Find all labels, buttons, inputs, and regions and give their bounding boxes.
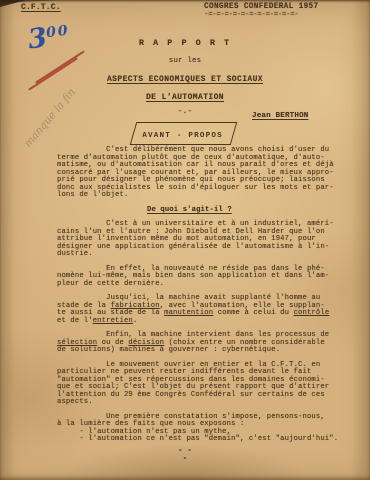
congress-title-underline: -=-=-=-=-=-=-=-=-=-=-=- bbox=[204, 11, 298, 19]
author-name: Jean BERTHON bbox=[252, 112, 308, 120]
avant-propos-label: AVANT - PROPOS bbox=[142, 132, 223, 140]
paragraph-4: Jusqu'ici, la machine avait supplanté l'… bbox=[57, 295, 361, 325]
report-subtitle: sur les bbox=[0, 57, 370, 65]
organization-label: C.F.T.C. bbox=[21, 3, 61, 12]
title-divider: -.- bbox=[0, 107, 370, 116]
report-topic-line1: ASPECTS ECONOMIQUES ET SOCIAUX bbox=[0, 75, 370, 84]
avant-propos-box: AVANT - PROPOS bbox=[130, 122, 237, 145]
report-topic-line2: DE L'AUTOMATION bbox=[0, 93, 370, 102]
paragraph-1: C'est délibérément que nous avons choisi… bbox=[57, 147, 361, 200]
footer-ornament-bottom: ° bbox=[0, 458, 370, 466]
paragraph-6: Le mouvement ouvrier en entier et la C.F… bbox=[57, 362, 361, 407]
paragraph-3: En effet, la nouveauté ne réside pas dan… bbox=[57, 266, 361, 289]
paragraph-5: Enfin, la machine intervient dans les pr… bbox=[57, 332, 361, 355]
section-heading: De quoi s'agit-il ? bbox=[147, 207, 361, 215]
scanned-report-page: C.F.T.C. CONGRES CONFEDERAL 1957 -=-=-=-… bbox=[0, 0, 370, 480]
report-title: R A P P O R T bbox=[0, 38, 370, 48]
paragraph-7: Une première constatation s'impose, pens… bbox=[57, 414, 361, 444]
footer-ornament: ° ° ° bbox=[0, 450, 370, 465]
body-text: C'est délibérément que nous avons choisi… bbox=[57, 147, 361, 451]
congress-title: CONGRES CONFEDERAL 1957 bbox=[204, 3, 319, 11]
paragraph-2: C'est à un universitaire et à un industr… bbox=[57, 221, 361, 259]
